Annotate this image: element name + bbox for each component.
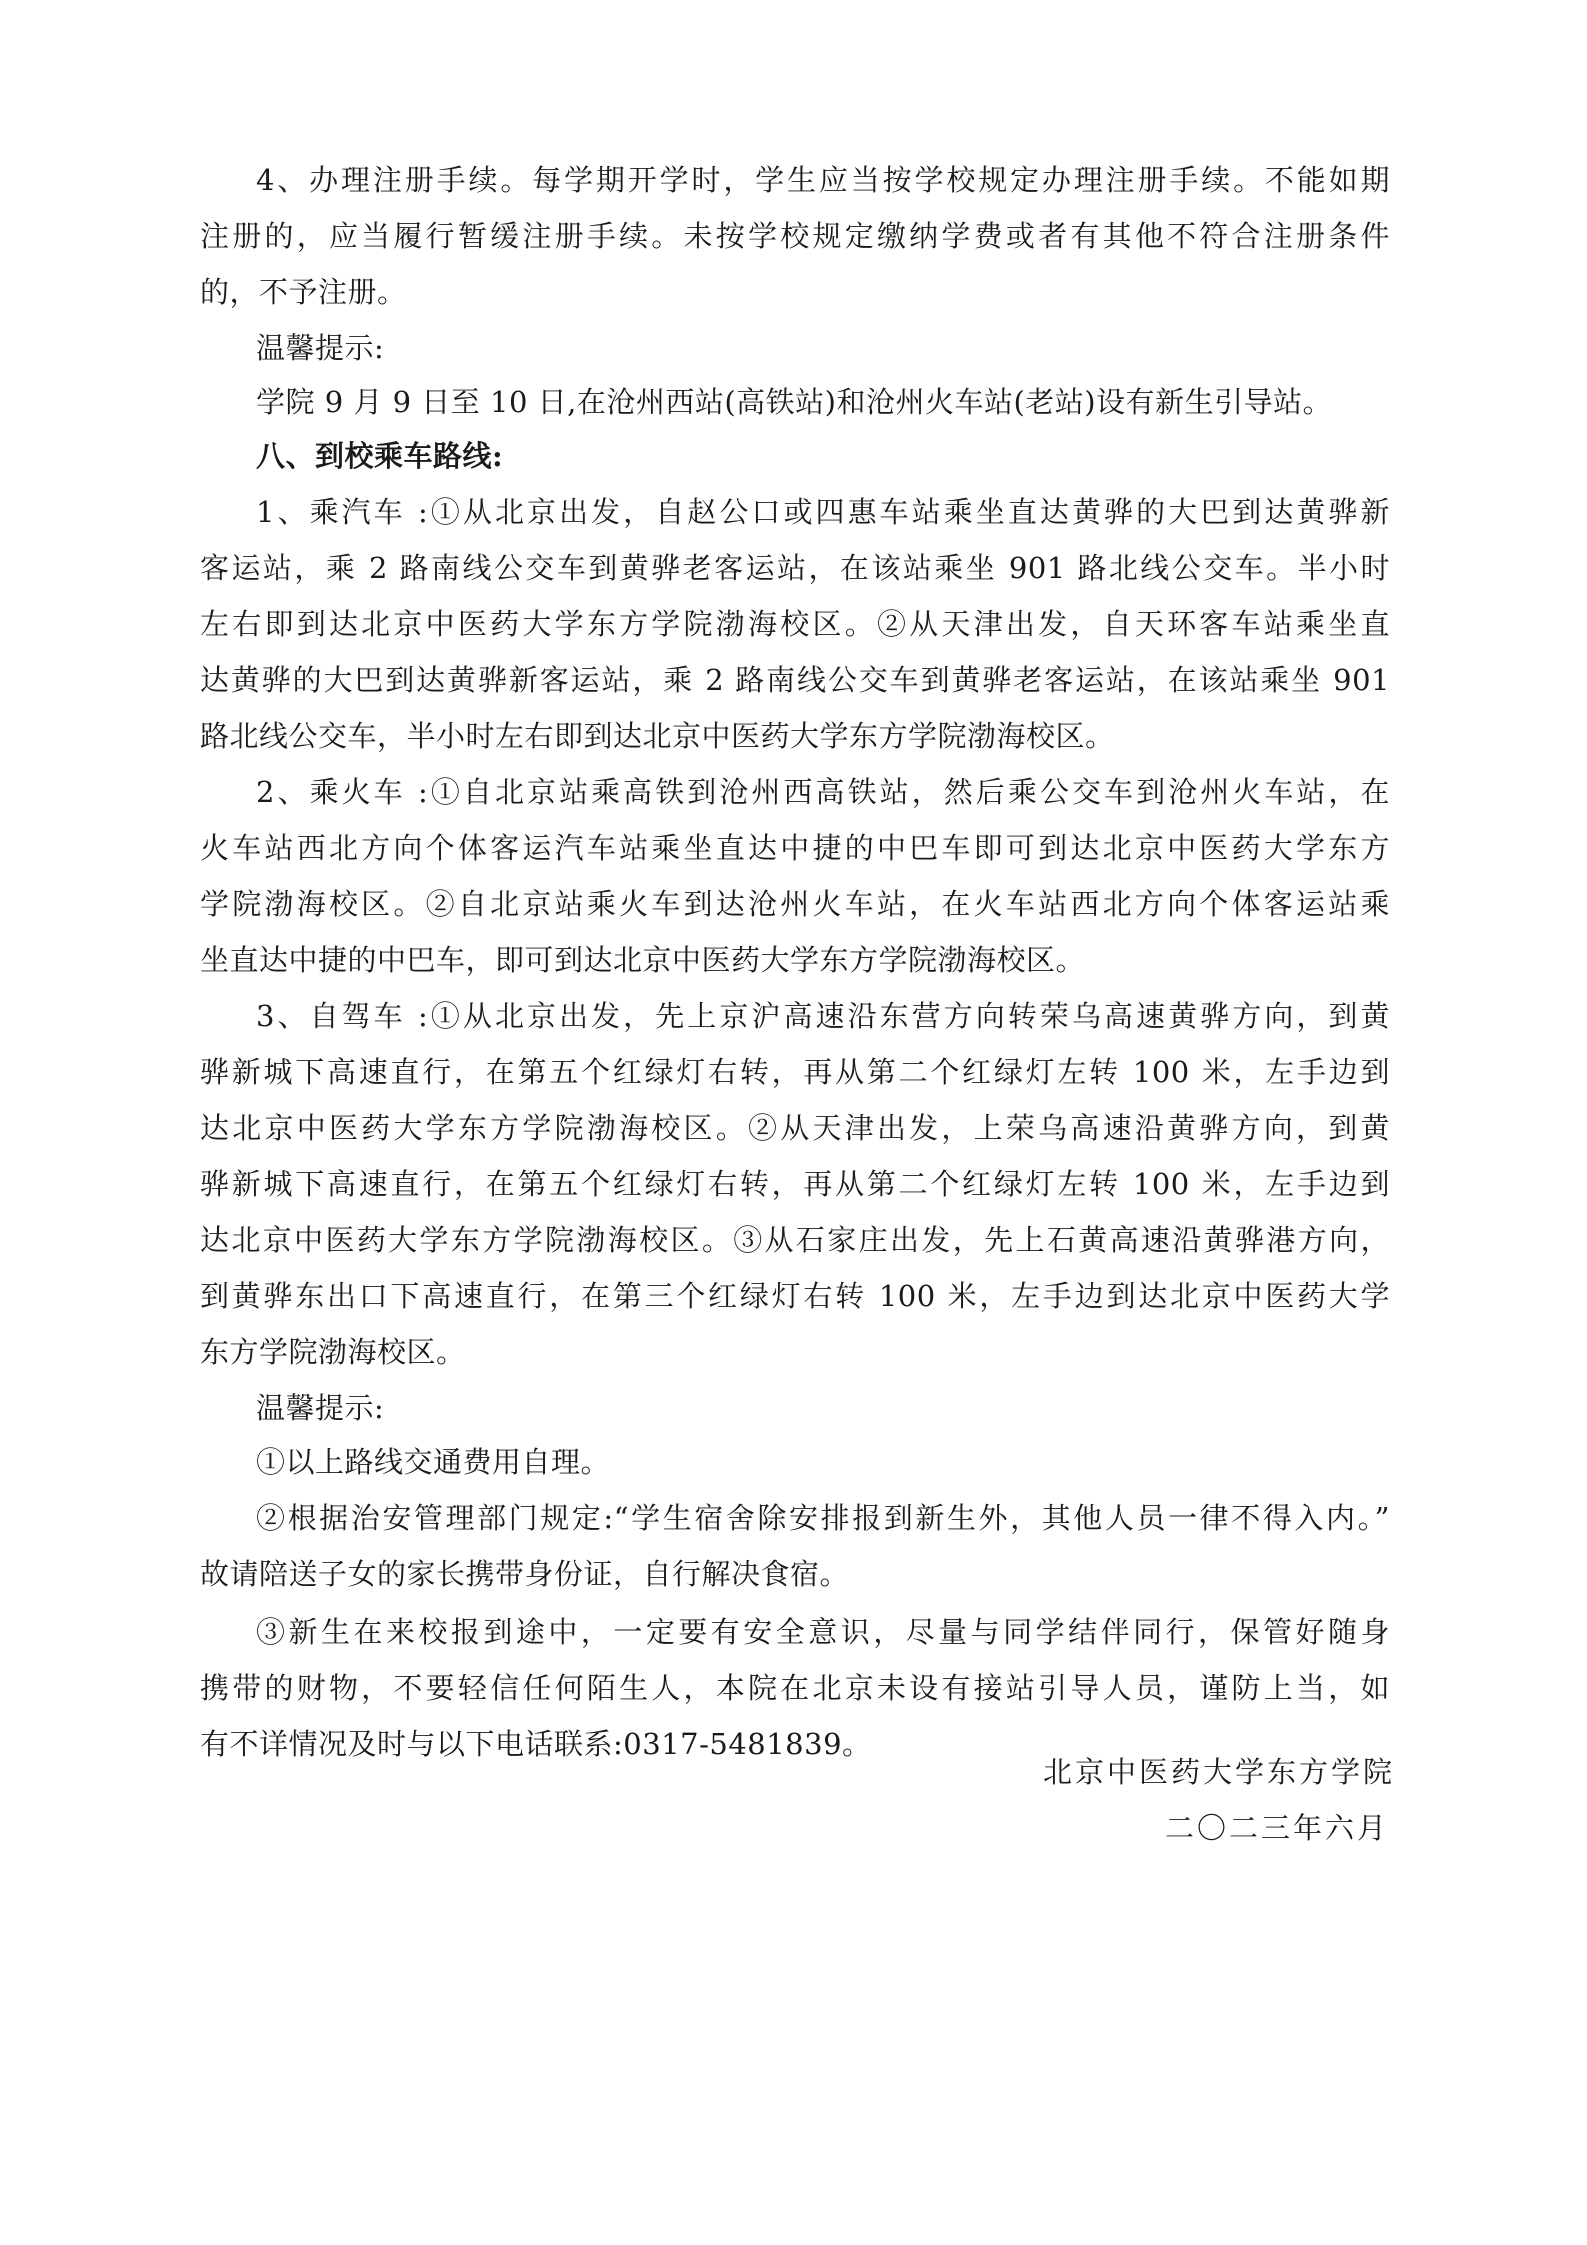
tip-2-item-3-line-1: ③新生在来校报到途中，一定要有安全意识，尽量与同学结伴同行，保管好随身: [256, 1612, 1390, 1652]
drive-line-3: 达北京中医药大学东方学院渤海校区。②从天津出发，上荣乌高速沿黄骅方向，到黄: [200, 1108, 1390, 1148]
train-line-2: 火车站西北方向个体客运汽车站乘坐直达中捷的中巴车即可到达北京中医药大学东方: [200, 828, 1390, 868]
tip-2-item-2-line-2: 故请陪送子女的家长携带身份证，自行解决食宿。: [200, 1554, 849, 1594]
bus-line-2: 客运站，乘 2 路南线公交车到黄骅老客运站，在该站乘坐 901 路北线公交车。半…: [200, 548, 1390, 588]
registration-line-1: 4、办理注册手续。每学期开学时，学生应当按学校规定办理注册手续。不能如期: [256, 160, 1390, 200]
drive-line-6: 到黄骅东出口下高速直行，在第三个红绿灯右转 100 米，左手边到达北京中医药大学: [200, 1276, 1390, 1316]
train-line-3: 学院渤海校区。②自北京站乘火车到达沧州火车站，在火车站西北方向个体客运站乘: [200, 884, 1390, 924]
tip-2-item-2-line-1: ②根据治安管理部门规定:“学生宿舍除安排报到新生外，其他人员一律不得入内。”: [256, 1498, 1390, 1538]
tip-2-heading: 温馨提示:: [256, 1388, 384, 1428]
tip-1-text: 学院 9 月 9 日至 10 日,在沧州西站(高铁站)和沧州火车站(老站)设有新…: [256, 382, 1332, 422]
signature-date: 二〇二三年六月: [1165, 1808, 1389, 1848]
tip-2-item-3-line-3: 有不详情况及时与以下电话联系:0317-5481839。: [200, 1724, 872, 1764]
section-8-heading: 八、到校乘车路线:: [256, 436, 503, 476]
drive-line-5: 达北京中医药大学东方学院渤海校区。③从石家庄出发，先上石黄高速沿黄骅港方向，: [200, 1220, 1390, 1260]
tip-2-item-1: ①以上路线交通费用自理。: [256, 1442, 610, 1482]
drive-line-7: 东方学院渤海校区。: [200, 1332, 466, 1372]
tip-1-heading: 温馨提示:: [256, 328, 384, 368]
tip-2-item-3-line-2: 携带的财物，不要轻信任何陌生人，本院在北京未设有接站引导人员，谨防上当，如: [200, 1668, 1390, 1708]
bus-line-4: 达黄骅的大巴到达黄骅新客运站，乘 2 路南线公交车到黄骅老客运站，在该站乘坐 9…: [200, 660, 1390, 700]
drive-line-2: 骅新城下高速直行，在第五个红绿灯右转，再从第二个红绿灯左转 100 米，左手边到: [200, 1052, 1390, 1092]
bus-line-5: 路北线公交车，半小时左右即到达北京中医药大学东方学院渤海校区。: [200, 716, 1115, 756]
train-line-1: 2、乘火车 :①自北京站乘高铁到沧州西高铁站，然后乘公交车到沧州火车站，在: [256, 772, 1390, 812]
signature-organization: 北京中医药大学东方学院: [1043, 1752, 1395, 1792]
registration-line-2: 注册的，应当履行暂缓注册手续。未按学校规定缴纳学费或者有其他不符合注册条件: [200, 216, 1390, 256]
train-line-4: 坐直达中捷的中巴车，即可到达北京中医药大学东方学院渤海校区。: [200, 940, 1085, 980]
registration-line-3: 的，不予注册。: [200, 272, 407, 312]
bus-line-1: 1、乘汽车 :①从北京出发，自赵公口或四惠车站乘坐直达黄骅的大巴到达黄骅新: [256, 492, 1390, 532]
drive-line-4: 骅新城下高速直行，在第五个红绿灯右转，再从第二个红绿灯左转 100 米，左手边到: [200, 1164, 1390, 1204]
drive-line-1: 3、自驾车 :①从北京出发，先上京沪高速沿东营方向转荣乌高速黄骅方向，到黄: [256, 996, 1390, 1036]
bus-line-3: 左右即到达北京中医药大学东方学院渤海校区。②从天津出发，自天环客车站乘坐直: [200, 604, 1390, 644]
